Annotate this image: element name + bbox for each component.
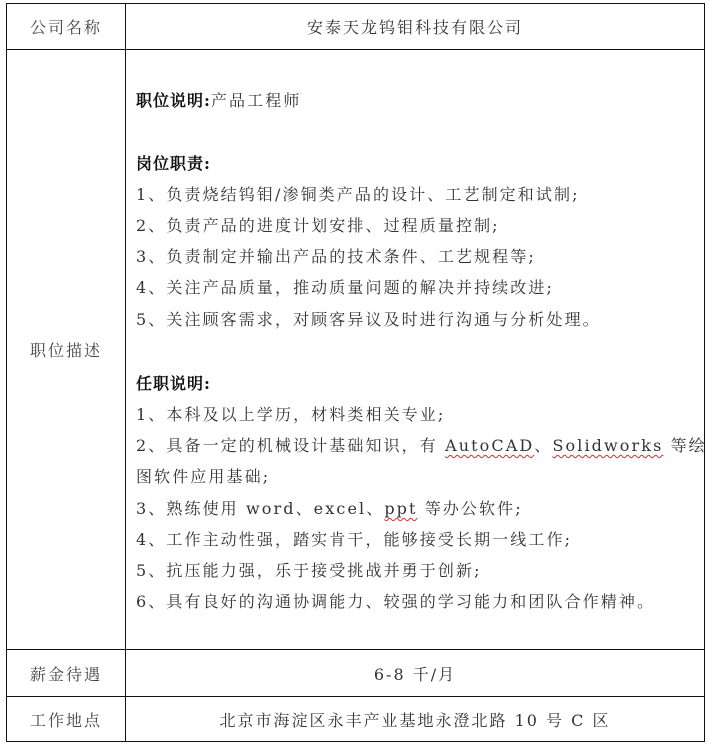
company-name: 安泰天龙钨钼科技有限公司 (126, 4, 704, 49)
salary-value: 6-8 千/月 (126, 650, 704, 696)
duty-item: 4、关注产品质量，推动质量问题的解决并持续改进; (136, 275, 554, 298)
job-title-label: 职位说明: (136, 91, 211, 110)
requirement-item: 3、熟练使用 word、excel、ppt 等办公软件; (136, 496, 523, 519)
requirement-text: 、 (534, 436, 552, 455)
position-description: 职位说明:产品工程师 岗位职责: 1、负责烧结钨钼/渗铜类产品的设计、工艺制定和… (126, 50, 704, 649)
requirement-text: 等办公软件; (418, 499, 523, 518)
job-posting-table: 公司名称 安泰天龙钨钼科技有限公司 职位描述 职位说明:产品工程师 岗位职责: … (6, 3, 705, 742)
position-label: 职位描述 (7, 50, 126, 649)
requirements-heading: 任职说明: (136, 371, 211, 394)
location-label: 工作地点 (7, 697, 126, 741)
duty-item: 5、关注顾客需求，对顾客异议及时进行沟通与分析处理。 (136, 307, 601, 330)
job-title-value: 产品工程师 (211, 91, 302, 110)
requirement-text: 等绘 (663, 436, 706, 455)
spellcheck-autocad: AutoCAD (445, 436, 534, 455)
requirement-text: 3、熟练使用 word、excel、 (136, 499, 384, 518)
duty-item: 2、负责产品的进度计划安排、过程质量控制; (136, 213, 500, 236)
spellcheck-ppt: ppt (384, 499, 417, 518)
duties-heading: 岗位职责: (136, 151, 211, 174)
duty-item: 1、负责烧结钨钼/渗铜类产品的设计、工艺制定和试制; (136, 182, 580, 205)
requirement-item: 1、本科及以上学历，材料类相关专业; (136, 402, 445, 425)
job-title-line: 职位说明:产品工程师 (136, 88, 301, 111)
duty-item: 3、负责制定并输出产品的技术条件、工艺规程等; (136, 244, 536, 267)
company-label: 公司名称 (7, 4, 126, 49)
requirement-item: 2、具备一定的机械设计基础知识，有 AutoCAD、Solidworks 等绘 (136, 433, 707, 456)
requirement-item: 6、具有良好的沟通协调能力、较强的学习能力和团队合作精神。 (136, 589, 655, 612)
salary-row: 薪金待遇 6-8 千/月 (7, 650, 704, 697)
requirement-text: 2、具备一定的机械设计基础知识，有 (136, 436, 445, 455)
requirement-item: 4、工作主动性强，踏实肯干，能够接受长期一线工作; (136, 527, 572, 550)
position-row: 职位描述 职位说明:产品工程师 岗位职责: 1、负责烧结钨钼/渗铜类产品的设计、… (7, 50, 704, 650)
spellcheck-solidworks: Solidworks (552, 436, 663, 455)
location-row: 工作地点 北京市海淀区永丰产业基地永澄北路 10 号 C 区 (7, 697, 704, 741)
location-value: 北京市海淀区永丰产业基地永澄北路 10 号 C 区 (126, 697, 704, 741)
requirement-item-continued: 图软件应用基础; (136, 464, 270, 487)
requirement-item: 5、抗压能力强，乐于接受挑战并勇于创新; (136, 558, 482, 581)
salary-label: 薪金待遇 (7, 650, 126, 696)
company-row: 公司名称 安泰天龙钨钼科技有限公司 (7, 4, 704, 50)
